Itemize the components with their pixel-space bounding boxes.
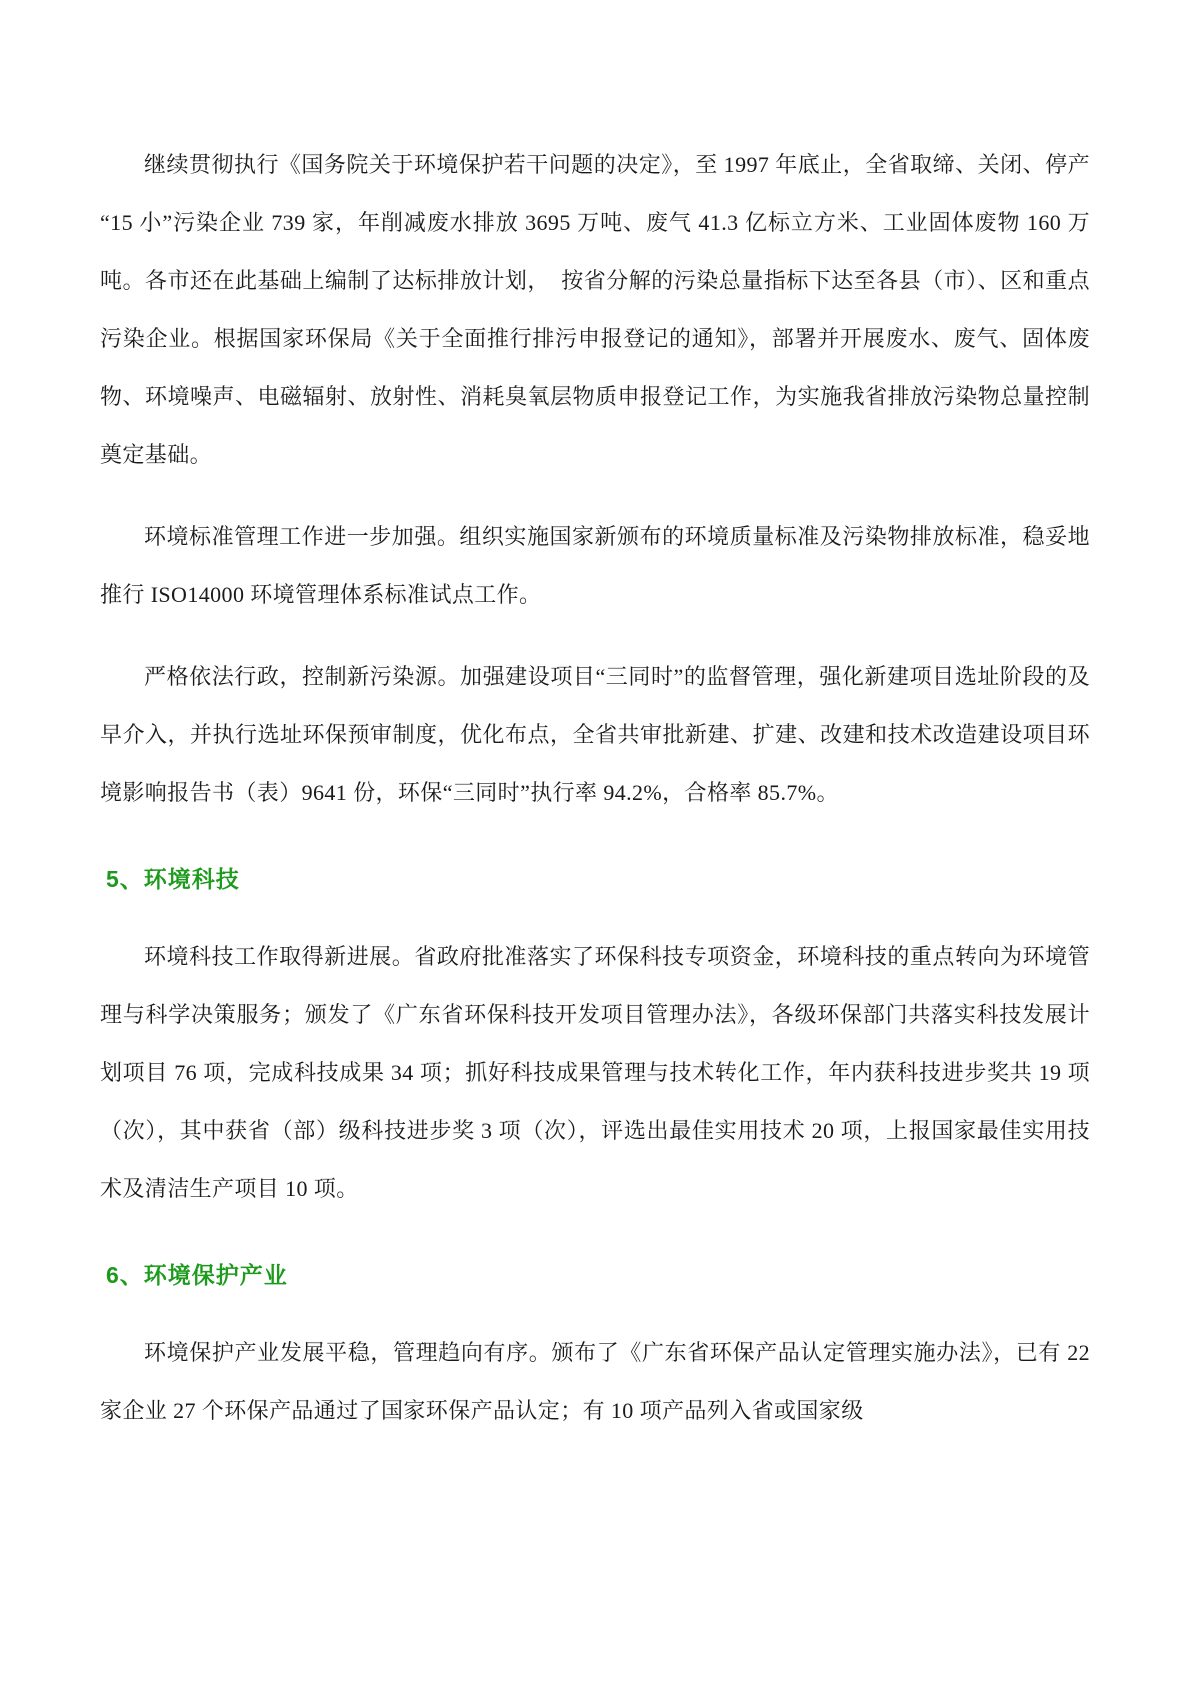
paragraph-environmental-standards: 环境标准管理工作进一步加强。组织实施国家新颁布的环境质量标准及污染物排放标准，稳…: [100, 508, 1090, 624]
paragraph-environmental-industry: 环境保护产业发展平稳，管理趋向有序。颁布了《广东省环保产品认定管理实施办法》，已…: [100, 1324, 1090, 1440]
paragraph-law-enforcement: 严格依法行政，控制新污染源。加强建设项目“三同时”的监督管理，强化新建项目选址阶…: [100, 648, 1090, 822]
section-heading-environmental-science: 5、环境科技: [100, 864, 1090, 894]
document-page: 继续贯彻执行《国务院关于环境保护若干问题的决定》，至 1997 年底止，全省取缔…: [0, 0, 1191, 1684]
paragraph-pollution-control: 继续贯彻执行《国务院关于环境保护若干问题的决定》，至 1997 年底止，全省取缔…: [100, 136, 1090, 484]
paragraph-environmental-science: 环境科技工作取得新进展。省政府批准落实了环保科技专项资金，环境科技的重点转向为环…: [100, 928, 1090, 1218]
section-heading-environmental-industry: 6、环境保护产业: [100, 1260, 1090, 1290]
